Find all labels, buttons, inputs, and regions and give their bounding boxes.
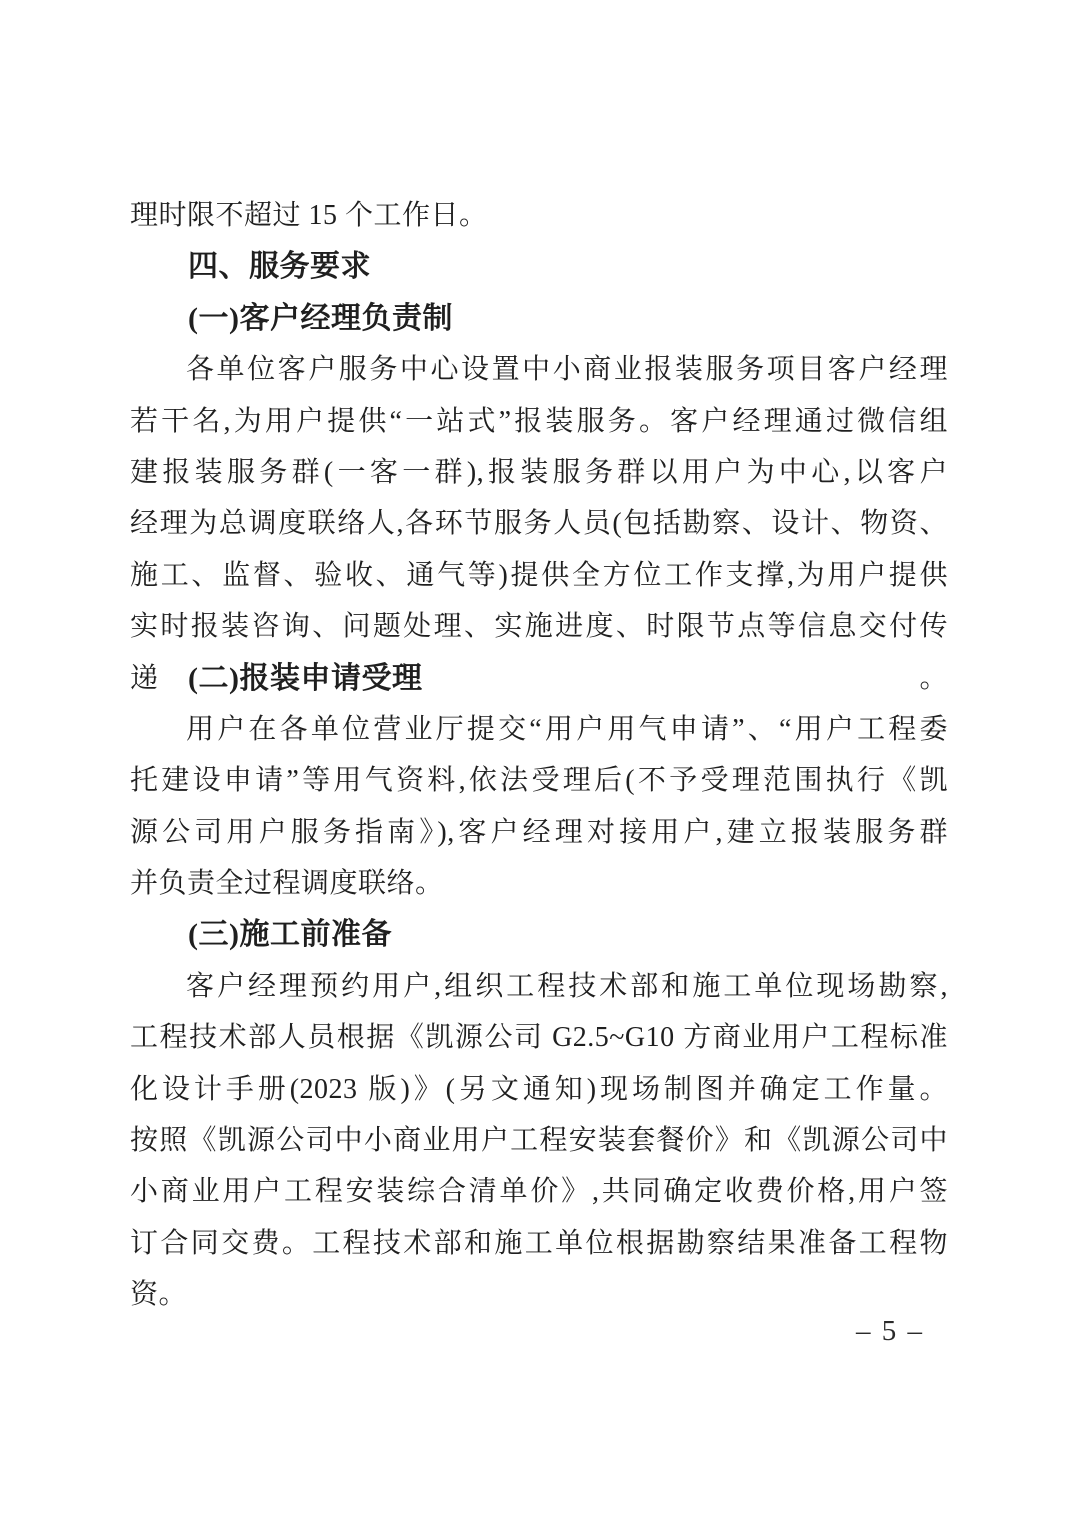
body-line: 客户经理预约用户,组织工程技术部和施工单位现场勘察, [130,961,948,1012]
subsection-heading: (一)客户经理负责制 [130,293,948,344]
body-line: 工程技术部人员根据《凯源公司 G2.5~G10 方商业用户工程标准 [130,1012,948,1063]
body-line: 小商业用户工程安装综合清单价》,共同确定收费价格,用户签 [130,1166,948,1217]
text-block: 理时限不超过 15 个工作日。 四、服务要求 (一)客户经理负责制 各单位客户服… [130,190,948,1321]
body-line: 理时限不超过 15 个工作日。 [130,190,948,241]
body-line: 若干名,为用户提供“一站式”报装服务。客户经理通过微信组 [130,396,948,447]
subsection-heading: (三)施工前准备 [130,909,948,960]
body-line: 化设计手册(2023 版)》(另文通知)现场制图并确定工作量。 [130,1064,948,1115]
body-line: 经理为总调度联络人,各环节服务人员(包括勘察、设计、物资、 [130,498,948,549]
body-line: 托建设申请”等用气资料,依法受理后(不予受理范围执行《凯 [130,755,948,806]
page-number: – 5 – [856,1306,924,1357]
body-line: 各单位客户服务中心设置中小商业报装服务项目客户经理 [130,344,948,395]
body-line: 实时报装咨询、问题处理、实施进度、时限节点等信息交付传递。 [130,601,948,652]
body-line: 建报装服务群(一客一群),报装服务群以用户为中心,以客户 [130,447,948,498]
section-heading: 四、服务要求 [130,241,948,292]
body-line: 按照《凯源公司中小商业用户工程安装套餐价》和《凯源公司中 [130,1115,948,1166]
document-page: 理时限不超过 15 个工作日。 四、服务要求 (一)客户经理负责制 各单位客户服… [0,0,1074,1520]
body-line: 施工、监督、验收、通气等)提供全方位工作支撑,为用户提供 [130,550,948,601]
body-line: 源公司用户服务指南》),客户经理对接用户,建立报装服务群 [130,807,948,858]
body-line: 订合同交费。工程技术部和施工单位根据勘察结果准备工程物 [130,1218,948,1269]
body-line: 并负责全过程调度联络。 [130,858,948,909]
body-line: 用户在各单位营业厅提交“用户用气申请”、“用户工程委 [130,704,948,755]
body-line: 资。 [130,1269,948,1320]
